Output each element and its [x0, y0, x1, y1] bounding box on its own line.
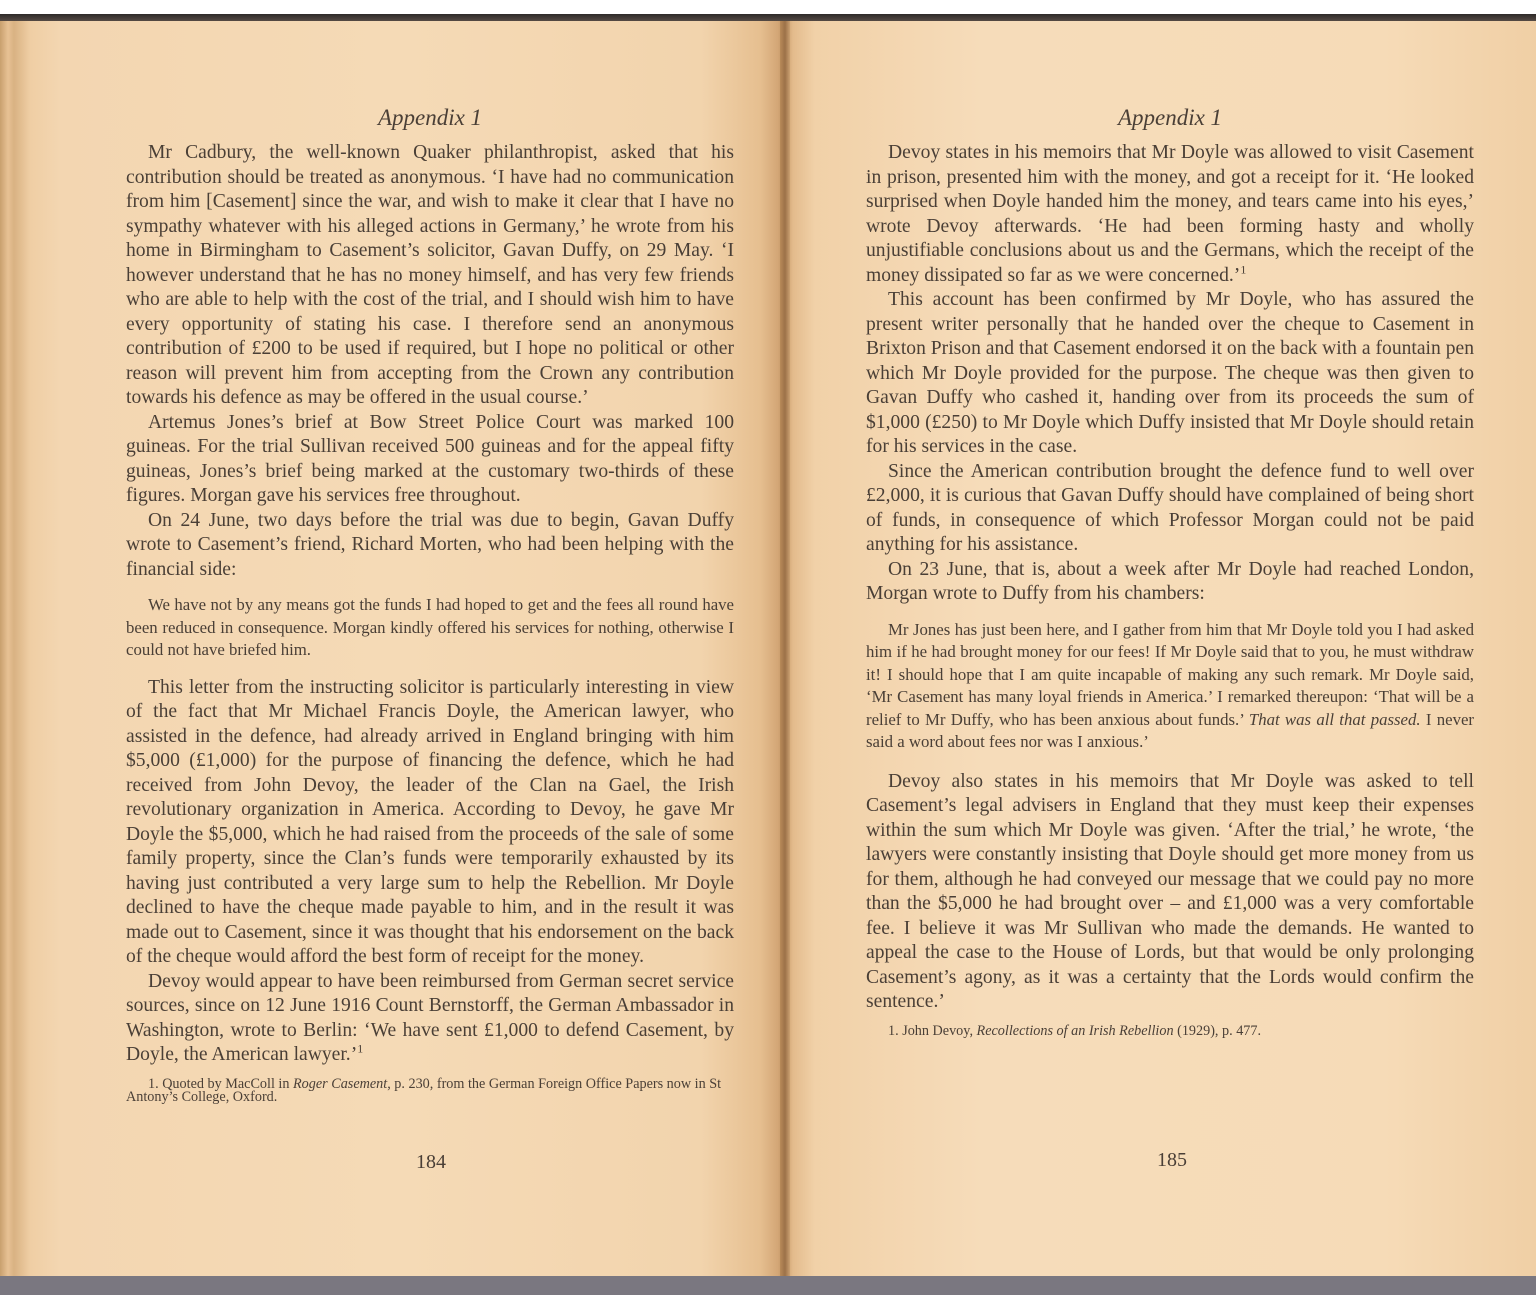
paragraph-text: Devoy would appear to have been reimburs…	[126, 971, 734, 1066]
paragraph: This account has been confirmed by Mr Do…	[866, 288, 1474, 460]
left-page-content: Appendix 1 Mr Cadbury, the well-known Qu…	[126, 103, 734, 1104]
left-page: Appendix 1 Mr Cadbury, the well-known Qu…	[0, 21, 785, 1276]
paragraph: Since the American contribution brought …	[866, 460, 1474, 558]
page-number: 185	[1132, 1149, 1212, 1172]
paragraph: Devoy would appear to have been reimburs…	[126, 970, 734, 1068]
paragraph: Devoy also states in his memoirs that Mr…	[866, 770, 1474, 1015]
footnote-marker: 1	[1240, 262, 1246, 276]
footnote: 1. John Devoy, Recollections of an Irish…	[866, 1025, 1474, 1038]
paragraph: Artemus Jones’s brief at Bow Street Poli…	[126, 411, 734, 509]
footnote-title: Roger Casement	[293, 1076, 387, 1092]
right-page: Appendix 1 Devoy states in his memoirs t…	[785, 21, 1536, 1276]
quote-italic-text: That was all that passed.	[1249, 710, 1421, 729]
block-quote: Mr Jones has just been here, and I gathe…	[866, 619, 1474, 754]
footnote-text: (1929), p. 477.	[1177, 1023, 1261, 1039]
page-number: 184	[391, 1151, 471, 1174]
footnote: 1. Quoted by MacColl in Roger Casement, …	[126, 1078, 734, 1104]
paragraph: This letter from the instructing solicit…	[126, 676, 734, 970]
running-head: Appendix 1	[126, 103, 734, 133]
paragraph: On 23 June, that is, about a week after …	[866, 558, 1474, 607]
block-quote: We have not by any means got the funds I…	[126, 594, 734, 662]
running-head: Appendix 1	[866, 103, 1474, 133]
paragraph: On 24 June, two days before the trial wa…	[126, 509, 734, 583]
footnote-number: 1.	[888, 1023, 899, 1039]
footnote-text: John Devoy,	[902, 1023, 973, 1039]
background-surface	[0, 1276, 1536, 1295]
paragraph: Devoy states in his memoirs that Mr Doyl…	[866, 141, 1474, 288]
paragraph: Mr Cadbury, the well-known Quaker philan…	[126, 141, 734, 411]
footnote-title: Recollections of an Irish Rebellion	[977, 1023, 1174, 1039]
right-page-content: Appendix 1 Devoy states in his memoirs t…	[866, 103, 1474, 1038]
paragraph-text: Devoy states in his memoirs that Mr Doyl…	[866, 142, 1474, 286]
book-spine-gutter	[780, 21, 790, 1276]
footnote-marker: 1	[357, 1041, 363, 1055]
